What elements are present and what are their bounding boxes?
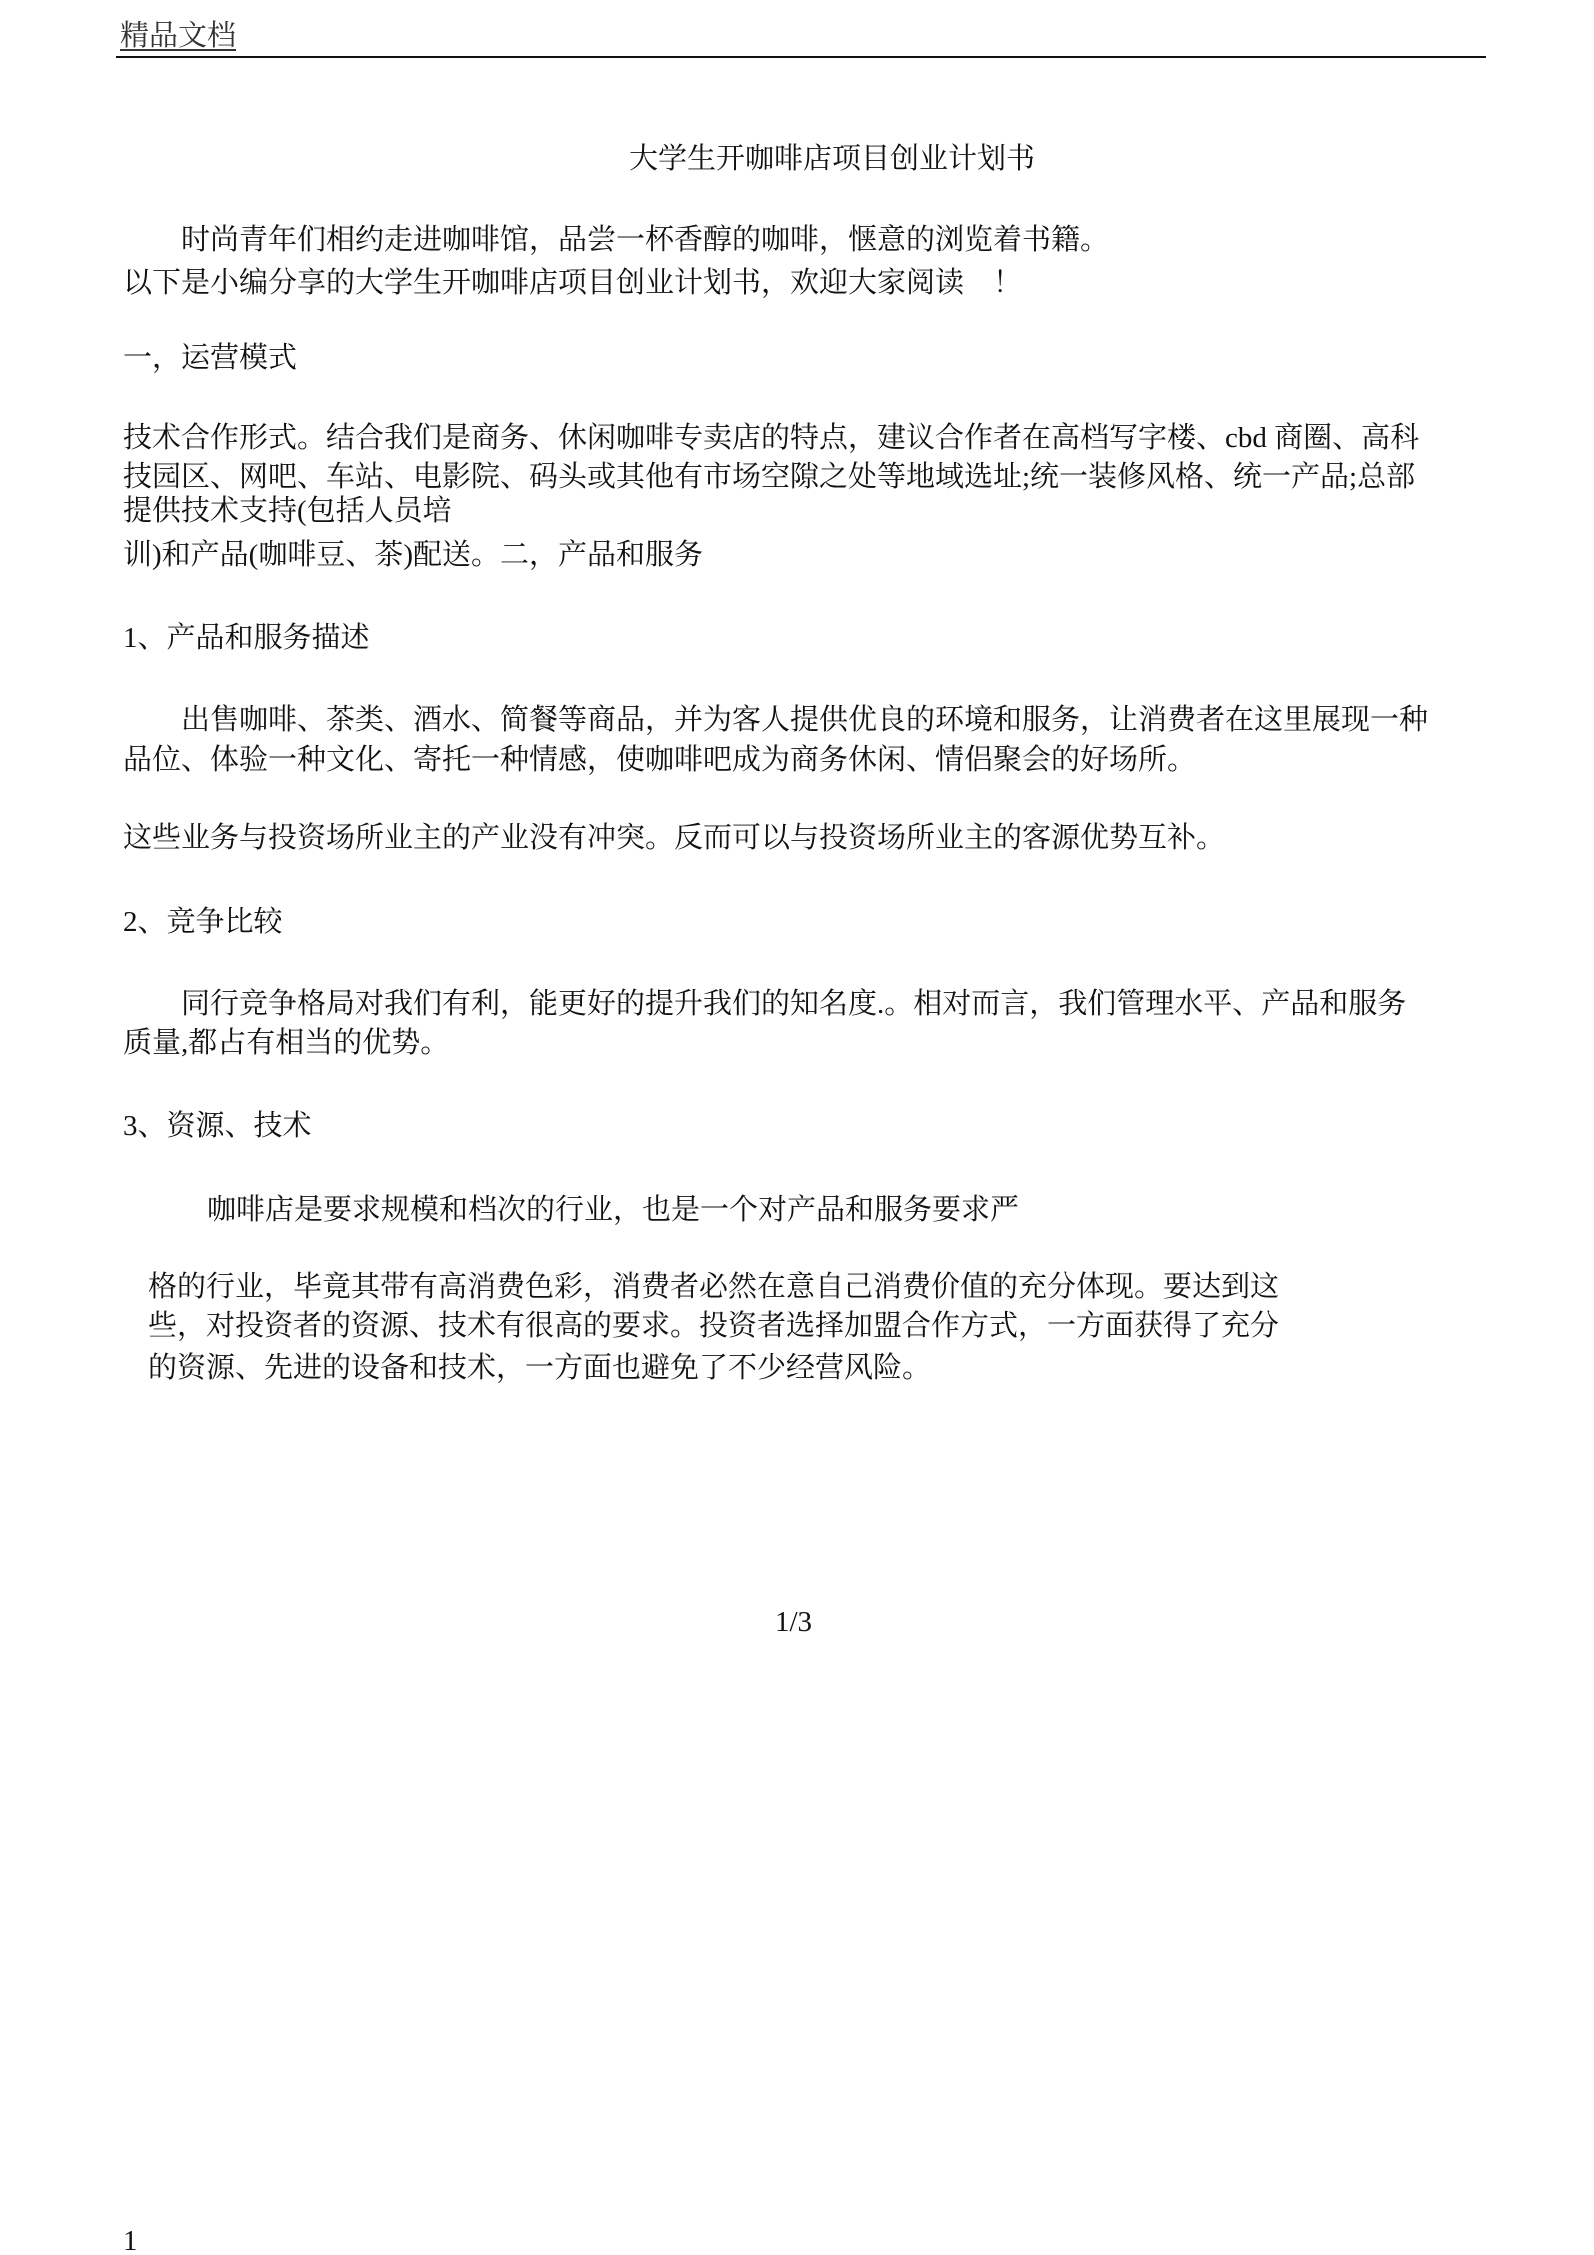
footer-page-number: 1 bbox=[123, 2227, 138, 2255]
competition-line-2: 质量,都占有相当的优势。 bbox=[123, 1029, 449, 1058]
section1-line-3: 提供技术支持(包括人员培 bbox=[123, 497, 452, 526]
section1-line-4: 训)和产品(咖啡豆、茶)配送。二，产品和服务 bbox=[123, 541, 703, 570]
document-title: 大学生开咖啡店项目创业计划书 bbox=[0, 145, 1594, 174]
section-heading-resources: 3、资源、技术 bbox=[123, 1112, 312, 1141]
competition-line-1: 同行竞争格局对我们有利，能更好的提升我们的知名度.。相对而言，我们管理水平、产品… bbox=[181, 990, 1406, 1019]
product-line-1: 出售咖啡、茶类、酒水、简餐等商品，并为客人提供优良的环境和服务，让消费者在这里展… bbox=[181, 706, 1428, 735]
resources-line-1: 格的行业，毕竟其带有高消费色彩，消费者必然在意自己消费价值的充分体现。要达到这 bbox=[148, 1273, 1279, 1302]
section-heading-product-description: 1、产品和服务描述 bbox=[123, 624, 370, 653]
header-divider bbox=[116, 56, 1486, 58]
section-heading-competition: 2、竞争比较 bbox=[123, 908, 283, 937]
product-extra-line: 这些业务与投资场所业主的产业没有冲突。反而可以与投资场所业主的客源优势互补。 bbox=[123, 824, 1225, 853]
resources-line-3: 的资源、先进的设备和技术，一方面也避免了不少经营风险。 bbox=[148, 1354, 931, 1383]
section-heading-operation-mode: 一，运营模式 bbox=[123, 344, 297, 373]
intro-line-2: 以下是小编分享的大学生开咖啡店项目创业计划书，欢迎大家阅读 ！ bbox=[123, 269, 1022, 298]
header-label: 精品文档 bbox=[120, 22, 236, 51]
resources-line-2: 些，对投资者的资源、技术有很高的要求。投资者选择加盟合作方式，一方面获得了充分 bbox=[148, 1312, 1279, 1341]
intro-line-1: 时尚青年们相约走进咖啡馆，品尝一杯香醇的咖啡，惬意的浏览着书籍。 bbox=[181, 226, 1109, 255]
resources-first-line: 咖啡店是要求规模和档次的行业，也是一个对产品和服务要求严 bbox=[207, 1196, 1019, 1225]
section1-line-2: 技园区、网吧、车站、电影院、码头或其他有市场空隙之处等地域选址;统一装修风格、统… bbox=[123, 463, 1415, 492]
page-indicator: 1/3 bbox=[775, 1608, 812, 1637]
product-line-2: 品位、体验一种文化、寄托一种情感，使咖啡吧成为商务休闲、情侣聚会的好场所。 bbox=[123, 746, 1196, 775]
section1-line-1: 技术合作形式。结合我们是商务、休闲咖啡专卖店的特点，建议合作者在高档写字楼、cb… bbox=[123, 424, 1419, 453]
